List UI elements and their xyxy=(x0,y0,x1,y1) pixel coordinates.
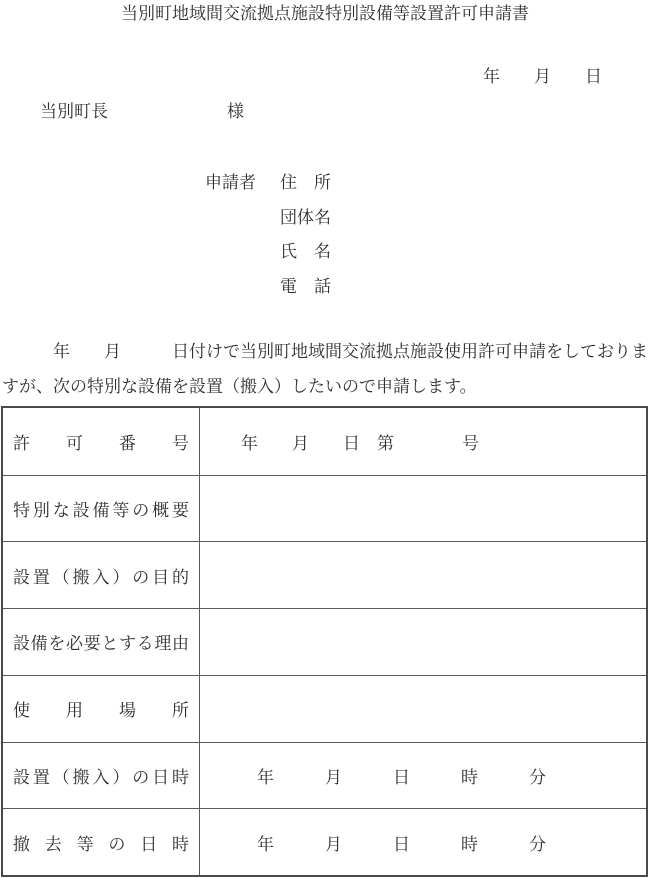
applicant-label: 申請者 xyxy=(205,172,256,194)
body-paragraph-line-2: すが、次の特別な設備を設置（搬入）したいので申請します。 xyxy=(2,376,477,398)
application-form-document: 当別町地域間交流拠点施設特別設備等設置許可申請書 年 月 日 当別町長 様 申請… xyxy=(0,0,650,878)
page-title: 当別町地域間交流拠点施設特別設備等設置許可申請書 xyxy=(0,3,650,25)
row-label: 設置（搬入）の目的 xyxy=(3,542,200,608)
table-row-removal-datetime: 撤去等の日時 年 月 日 時 分 xyxy=(3,808,646,875)
table-row-permit-number: 許可番号 年 月 日 第 号 xyxy=(3,408,646,475)
row-label: 特別な設備等の概要 xyxy=(3,476,200,542)
row-label: 撤去等の日時 xyxy=(3,809,200,875)
table-row-installation-datetime: 設置（搬入）の日時 年 月 日 時 分 xyxy=(3,742,646,809)
row-value xyxy=(200,609,646,675)
applicant-field-phone: 電 話 xyxy=(280,276,331,298)
table-row-necessity-reason: 設備を必要とする理由 xyxy=(3,608,646,675)
row-label: 設備を必要とする理由 xyxy=(3,609,200,675)
applicant-field-address: 住 所 xyxy=(280,172,331,194)
row-value xyxy=(200,542,646,608)
row-label: 使用場所 xyxy=(3,676,200,742)
row-label: 許可番号 xyxy=(3,408,200,475)
row-value xyxy=(200,476,646,542)
body-paragraph-line-1: 年 月 日付けで当別町地域間交流拠点施設使用許可申請をしておりま xyxy=(2,341,648,363)
table-row-usage-location: 使用場所 xyxy=(3,675,646,742)
applicant-field-organization: 団体名 xyxy=(280,207,331,229)
permit-table: 許可番号 年 月 日 第 号 特別な設備等の概要 設置（搬入）の目的 設備を必要… xyxy=(1,406,648,877)
addressee-line: 当別町長 様 xyxy=(40,101,244,123)
date-line: 年 月 日 xyxy=(483,66,602,88)
table-row-installation-purpose: 設置（搬入）の目的 xyxy=(3,541,646,608)
row-value: 年 月 日 時 分 xyxy=(200,809,646,875)
row-value xyxy=(200,676,646,742)
row-value: 年 月 日 第 号 xyxy=(200,408,646,475)
applicant-field-name: 氏 名 xyxy=(280,241,331,263)
row-value: 年 月 日 時 分 xyxy=(200,743,646,809)
row-label: 設置（搬入）の日時 xyxy=(3,743,200,809)
table-row-equipment-summary: 特別な設備等の概要 xyxy=(3,475,646,542)
